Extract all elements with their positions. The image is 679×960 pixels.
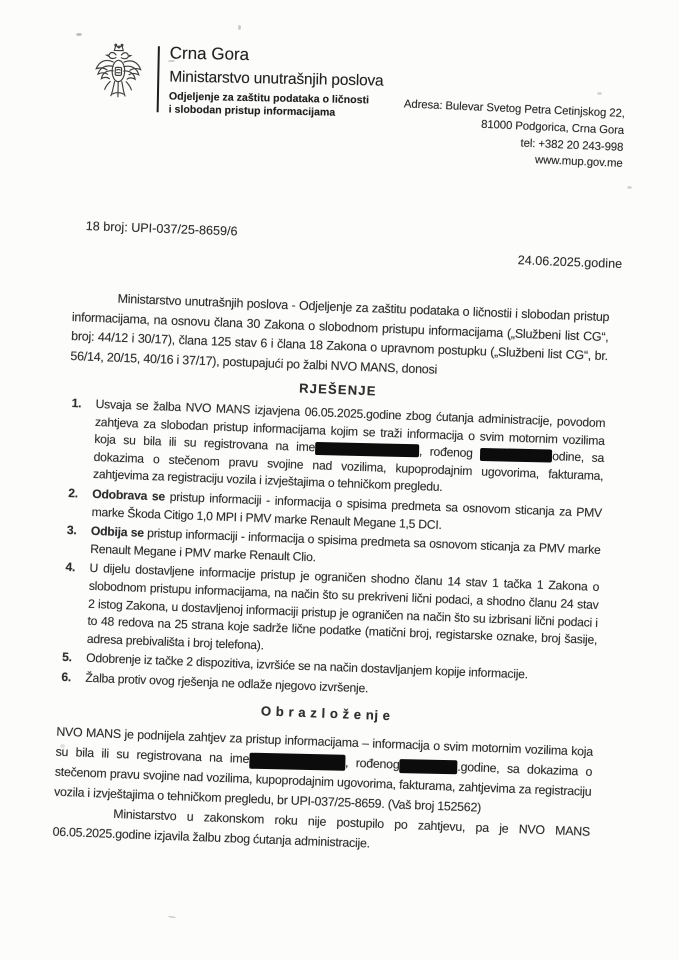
document-body: Ministarstvo unutrašnjih poslova - Odjel… [52,288,609,861]
scan-smudge [627,186,632,189]
document-date: 24.06.2025.godine [517,253,622,271]
redaction-bar [315,442,419,457]
letterhead-divider [157,46,160,112]
item-text: U dijelu dostavljene informacije pristup… [87,560,600,667]
item-number: 3. [63,522,91,558]
decision-item-1: 1. Usvaja se žalba NVO MANS izjavjena 06… [66,395,606,503]
scan-smudge [168,60,175,62]
scan-smudge [168,915,176,918]
item-lead: Odobrava se [92,487,165,504]
country-name: Crna Gora [170,43,385,67]
statement-text: , rođenog [345,755,400,771]
scanned-document-page: Crna Gora Ministarstvo unutrašnjih poslo… [0,0,679,960]
redaction-bar [399,759,457,774]
decision-list: 1. Usvaja se žalba NVO MANS izjavjena 06… [58,395,606,706]
intro-paragraph: Ministarstvo unutrašnjih poslova - Odjel… [70,288,610,386]
contact-block: Adresa: Bulevar Svetog Petra Cetinjskog … [401,96,625,173]
ministry-name: Ministarstvo unutrašnjih poslova [169,68,383,90]
scan-smudge [76,33,82,36]
item-number: 6. [58,669,86,688]
redaction-bar [480,448,552,463]
scan-smudge [238,25,241,30]
item-number: 5. [59,649,87,668]
scan-smudge [60,744,65,748]
decision-item-4: 4. U dijelu dostavljene informacije pris… [60,559,600,667]
redaction-bar [249,752,345,770]
item-number: 2. [64,485,92,521]
item-text: , rođenog [419,444,481,460]
item-number: 4. [60,559,90,648]
reference-number: 18 broj: UPI-037/25-8659/6 [85,219,237,239]
scan-smudge [597,92,602,95]
coat-of-arms-icon [91,42,146,107]
item-number: 1. [66,395,96,484]
item-lead: Odbija se [91,524,144,540]
